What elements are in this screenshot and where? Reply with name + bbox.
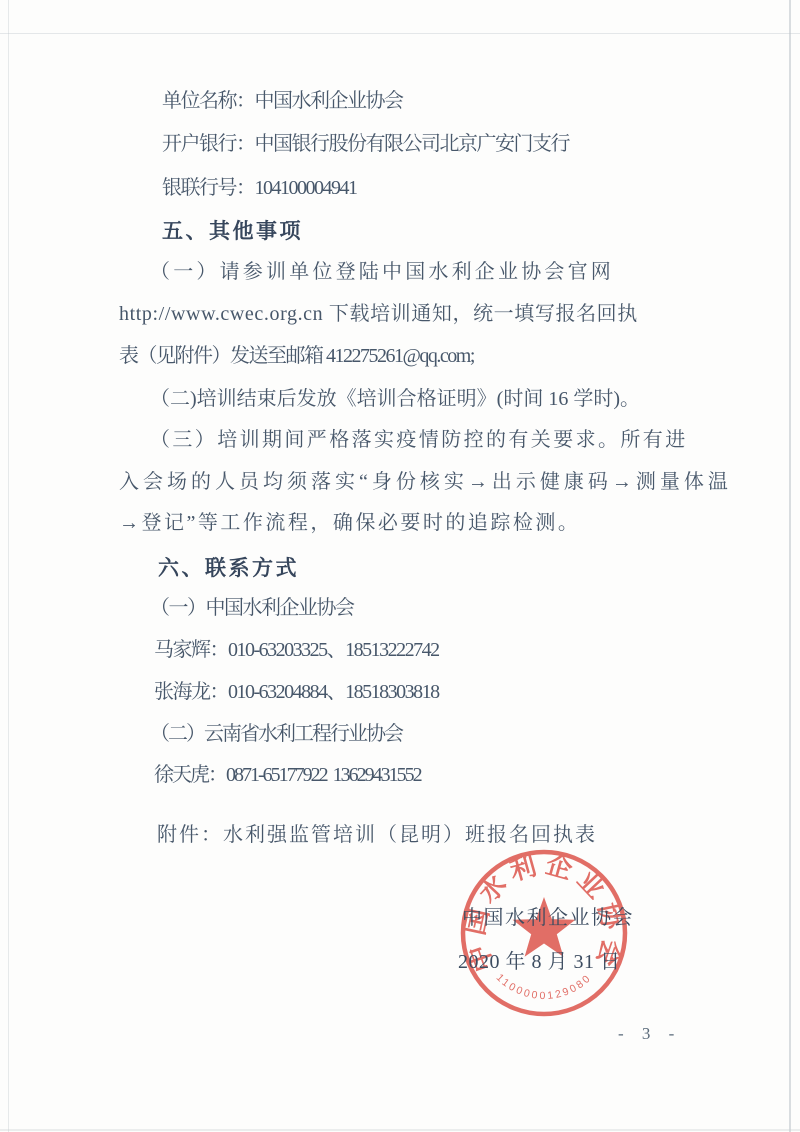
bank-code-line: 银联行号：104100004941 — [162, 175, 357, 201]
item-3-epidemic-line-3: →登记”等工作流程，确保必要时的追踪检测。 — [119, 510, 580, 536]
official-seal: 中国水利企业协会 1100000129080 — [0, 0, 800, 1132]
seal-ring — [463, 852, 625, 1014]
contact-xu-tianhu-line: 徐天虎：0871-65177922 13629431552 — [154, 762, 421, 788]
item-2-certificate-line: （二)培训结束后发放《培训合格证明》(时间 16 学时)。 — [150, 386, 640, 412]
contact-org-2-line: （二）云南省水利工程行业协会 — [150, 721, 402, 747]
signature-date: 2020 年 8 月 31 日 — [458, 945, 621, 974]
scan-artifact-bottom — [0, 1129, 800, 1131]
scan-artifact-left — [8, 0, 9, 1132]
contact-ma-jiahui-line: 马家辉：010-63203325、18513222742 — [154, 637, 439, 663]
website-url-line: http://www.cwec.org.cn 下载培训通知，统一填写报名回执 — [119, 301, 638, 327]
contact-org-1-line: （一）中国水利企业协会 — [150, 595, 354, 621]
item-3-epidemic-line-2: 入会场的人员均须落实“身份核实→出示健康码→测量体温 — [119, 469, 732, 495]
section-heading-other-matters: 五、其他事项 — [162, 219, 303, 245]
page-number: - 3 - — [618, 1024, 681, 1044]
section-heading-contacts: 六、联系方式 — [158, 556, 299, 582]
seal-serial-text: 1100000129080 — [494, 972, 595, 1002]
svg-text:1100000129080: 1100000129080 — [494, 972, 595, 1002]
scan-artifact-top — [0, 33, 800, 34]
bank-branch-line: 开户银行：中国银行股份有限公司北京广安门支行 — [162, 131, 569, 157]
scan-artifact-right — [789, 0, 791, 1132]
item-3-epidemic-line-1: （三）培训期间严格落实疫情防控的有关要求。所有进 — [150, 427, 688, 453]
contact-zhang-hailong-line: 张海龙：010-63204884、18518303818 — [154, 679, 439, 705]
email-line: 表（见附件）发送至邮箱 412275261@qq.com; — [119, 343, 474, 369]
attachment-line: 附件：水利强监管培训（昆明）班报名回执表 — [157, 822, 597, 848]
item-1-website-line: （一）请参训单位登陆中国水利企业协会官网 — [150, 259, 614, 285]
bank-account-name-line: 单位名称：中国水利企业协会 — [162, 88, 403, 114]
document-page: 单位名称：中国水利企业协会 开户银行：中国银行股份有限公司北京广安门支行 银联行… — [0, 0, 800, 1132]
signature-org: 中国水利企业协会 — [462, 901, 634, 930]
